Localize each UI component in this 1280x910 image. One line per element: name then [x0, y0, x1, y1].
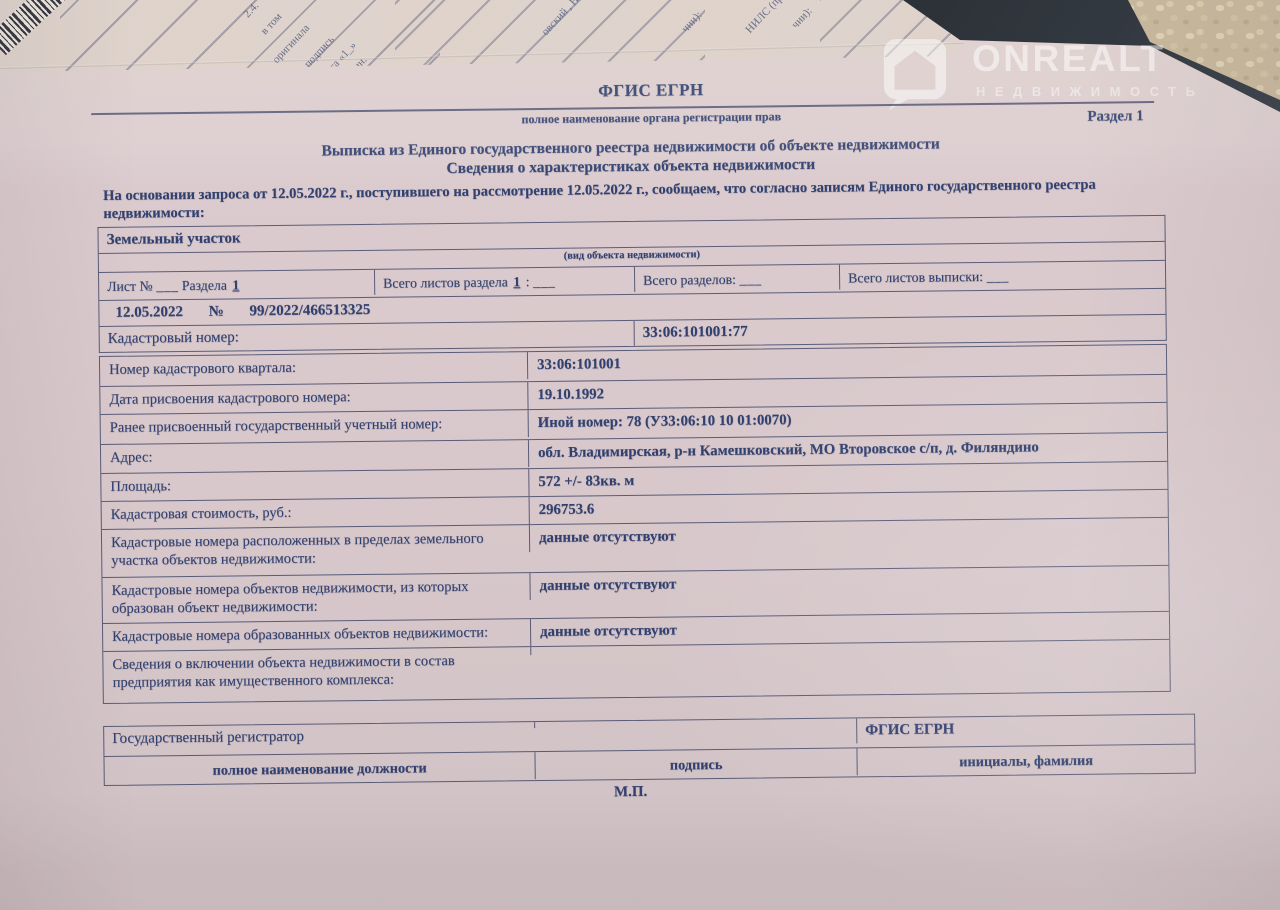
request-date: 12.05.2022: [115, 304, 183, 321]
sign-caption: подпись: [534, 748, 856, 779]
sheets-total-cell: Всего листов раздела 1 : ___: [374, 267, 634, 296]
sheet-prefix: Лист №: [107, 278, 153, 294]
egrn-extract-document: ФГИС ЕГРН полное наименование органа рег…: [0, 0, 1280, 910]
cadastral-number-value: 33:06:101001:77: [634, 315, 1166, 346]
request-number: 99/2022/466513325: [249, 302, 370, 319]
system-name: ФГИС ЕГРН: [856, 715, 1194, 744]
row-label: Номер кадастрового квартала:: [100, 352, 527, 383]
object-header-table: Земельный участок (вид объекта недвижимо…: [97, 215, 1166, 353]
row-label: Кадастровые номера объектов недвижимости…: [102, 573, 529, 623]
sheets-total-num: 1: [511, 274, 522, 289]
position-caption: полное наименование должности: [104, 752, 534, 784]
row-label: Кадастровая стоимость, руб.:: [102, 497, 529, 528]
row-label: Кадастровые номера образованных объектов…: [103, 619, 530, 650]
sheet-word: Раздела: [182, 277, 227, 293]
basis-paragraph-line2: недвижимости:: [103, 205, 205, 223]
row-label: Дата присвоения кадастрового номера:: [100, 382, 527, 413]
sheets-total-colon: :: [526, 274, 530, 289]
number-sign: №: [209, 303, 224, 319]
document-photo: 2.4. в том оригинала 5. подпись дата «1_…: [0, 0, 1280, 910]
row-label: Кадастровые номера расположенных в преде…: [102, 525, 529, 575]
extract-sheets-label: Всего листов выписки:: [848, 269, 983, 286]
row-label: Адрес:: [101, 440, 528, 471]
signature-table: Государственный регистратор ФГИС ЕГРН по…: [103, 714, 1196, 786]
seal-mark: М.П.: [614, 784, 648, 801]
sheet-number-cell: Лист № ___ Раздела 1: [99, 270, 374, 299]
registrar-label: Государственный регистратор: [104, 722, 534, 752]
extract-sheets-blank: ___: [986, 268, 1008, 283]
row-label: Ранее присвоенный государственный учетны…: [101, 410, 528, 441]
details-table: Номер кадастрового квартала: 33:06:10100…: [99, 344, 1171, 704]
sheets-total-blank: ___: [533, 273, 555, 288]
row-label: Сведения о включении объекта недвижимост…: [103, 647, 530, 697]
row-value: данные отсутствуют: [529, 566, 1168, 600]
section-label: Раздел 1: [1087, 108, 1144, 126]
signature-empty-cell: [534, 718, 856, 728]
sections-total-cell: Всего разделов: ___: [634, 264, 839, 292]
sections-total-label: Всего разделов:: [643, 271, 736, 287]
row-label: Площадь:: [101, 469, 528, 500]
sheets-total-label: Всего листов раздела: [383, 274, 508, 290]
row-value: 33:06:101001: [527, 345, 1166, 379]
sheet-num: 1: [230, 277, 241, 292]
extract-sheets-total-cell: Всего листов выписки: ___: [839, 261, 1165, 290]
basis-paragraph-line1: На основании запроса от 12.05.2022 г., п…: [103, 177, 1096, 205]
sheet-blank: ___: [156, 278, 178, 293]
name-caption: инициалы, фамилия: [856, 745, 1194, 776]
cadastral-number-label: Кадастровый номер:: [100, 321, 634, 352]
sections-total-blank: ___: [739, 271, 761, 286]
